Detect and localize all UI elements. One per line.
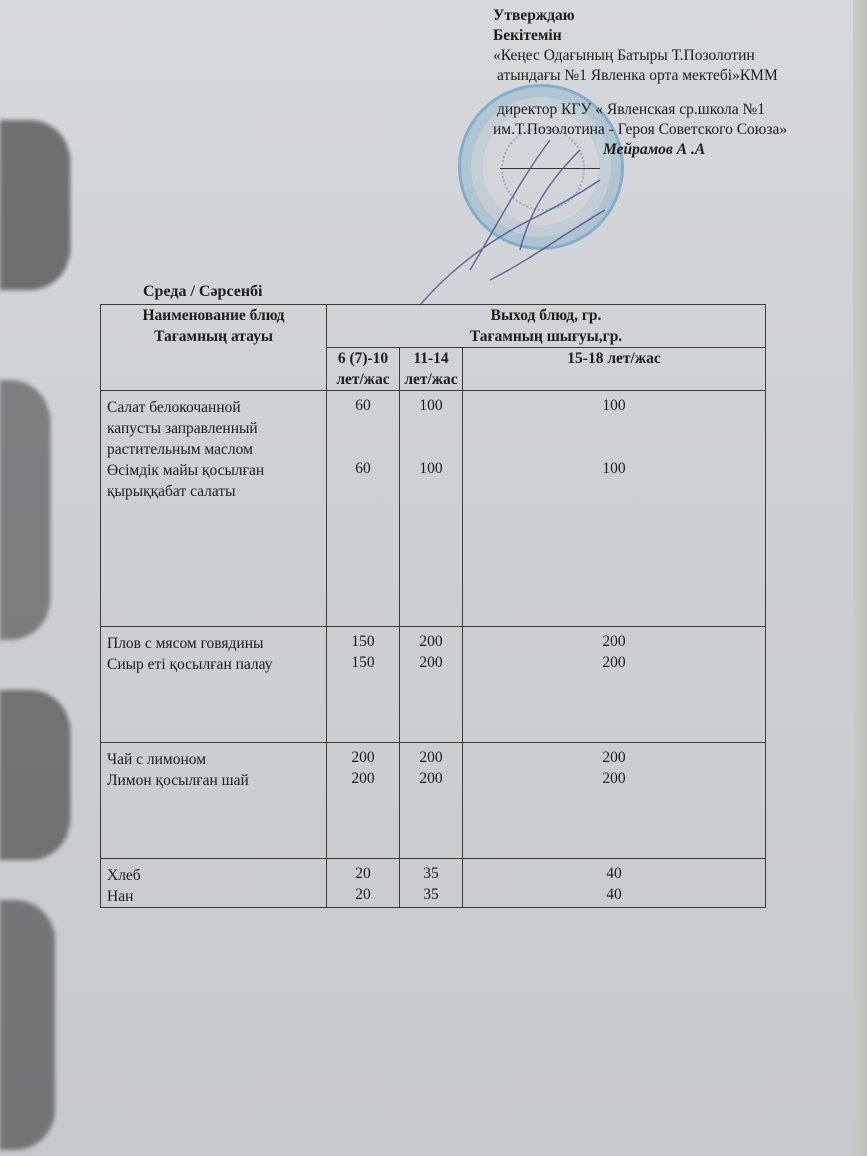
portion-cell-age3: 4040 bbox=[463, 859, 766, 908]
school-name-kz-1: «Кеңес Одағының Батыры Т.Позолотин bbox=[493, 46, 787, 66]
header-age-11-14: 11-14 лет/жас bbox=[400, 348, 463, 391]
portion-cell-age2: 3535 bbox=[400, 859, 463, 908]
portion-cell-age3: 100100 bbox=[463, 391, 766, 627]
header-age-6-10: 6 (7)-10 лет/жас bbox=[327, 348, 400, 391]
portion-cell-age1: 2020 bbox=[327, 859, 400, 908]
dish-name-ru: капусты заправленный bbox=[107, 418, 320, 439]
dish-name-cell: Салат белокочаннойкапусты заправленныйра… bbox=[101, 391, 327, 627]
portion-cell-age3: 200200 bbox=[463, 743, 766, 859]
portion-value: 200 bbox=[333, 747, 393, 768]
portion-value: 100 bbox=[406, 395, 456, 416]
day-title: Среда / Сәрсенбі bbox=[143, 283, 263, 301]
portion-value: 40 bbox=[469, 863, 759, 884]
portion-cell-age2: 200200 bbox=[400, 627, 463, 743]
portion-value: 200 bbox=[406, 747, 456, 768]
paper-edge bbox=[853, 0, 867, 1156]
portion-value: 200 bbox=[406, 768, 456, 789]
approval-title-kz: Бекітемін bbox=[493, 26, 787, 46]
portion-value: 200 bbox=[333, 768, 393, 789]
portion-value: 200 bbox=[406, 631, 456, 652]
dish-name-kz: Нан bbox=[107, 886, 320, 907]
dish-name-kz: қырыққабат салаты bbox=[107, 481, 320, 502]
portion-cell-age1: 6060 bbox=[327, 391, 400, 627]
menu-table: Наименование блюд Тағамның атауы Выход б… bbox=[100, 304, 766, 908]
portion-cell-age3: 200200 bbox=[463, 627, 766, 743]
dish-name-ru: Чай с лимоном bbox=[107, 749, 320, 770]
portion-value: 20 bbox=[333, 884, 393, 905]
scan-artifact bbox=[0, 120, 70, 290]
portion-cell-age1: 150150 bbox=[327, 627, 400, 743]
table-row: Плов с мясом говядиныСиыр еті қосылған п… bbox=[101, 627, 766, 743]
school-name-kz-2: атындағы №1 Явленка орта мектебі»КММ bbox=[493, 66, 787, 86]
dish-name-kz: Сиыр еті қосылған палау bbox=[107, 654, 320, 675]
dish-name-ru: растительным маслом bbox=[107, 439, 320, 460]
header-output: Выход блюд, гр. Тағамның шығуы,гр. bbox=[327, 305, 766, 348]
portion-value: 100 bbox=[469, 458, 759, 479]
dish-name-kz: Өсімдік майы қосылған bbox=[107, 460, 320, 481]
portion-value: 150 bbox=[333, 631, 393, 652]
director-title-ru-1: директор КГУ « Явленская ср.школа №1 bbox=[493, 100, 787, 120]
table-header-row: Наименование блюд Тағамның атауы Выход б… bbox=[101, 305, 766, 348]
table-row: Салат белокочаннойкапусты заправленныйра… bbox=[101, 391, 766, 627]
signature bbox=[410, 120, 610, 310]
scan-artifact bbox=[0, 690, 70, 860]
scan-artifact bbox=[0, 900, 55, 1150]
portion-value: 60 bbox=[333, 395, 393, 416]
portion-value: 200 bbox=[469, 652, 759, 673]
approval-title-ru: Утверждаю bbox=[493, 6, 787, 26]
dish-name-ru: Плов с мясом говядины bbox=[107, 633, 320, 654]
portion-value: 100 bbox=[406, 458, 456, 479]
dish-name-cell: Плов с мясом говядиныСиыр еті қосылған п… bbox=[101, 627, 327, 743]
dish-name-cell: Чай с лимономЛимон қосылған шай bbox=[101, 743, 327, 859]
portion-cell-age2: 200200 bbox=[400, 743, 463, 859]
portion-value: 35 bbox=[406, 863, 456, 884]
portion-value: 200 bbox=[469, 747, 759, 768]
header-dish-name: Наименование блюд Тағамның атауы bbox=[101, 305, 327, 391]
dish-name-cell: ХлебНан bbox=[101, 859, 327, 908]
portion-value: 150 bbox=[333, 652, 393, 673]
portion-value: 200 bbox=[406, 652, 456, 673]
header-age-15-18: 15-18 лет/жас bbox=[463, 348, 766, 391]
dish-name-kz: Лимон қосылған шай bbox=[107, 770, 320, 791]
table-row: ХлебНан202035354040 bbox=[101, 859, 766, 908]
portion-value: 200 bbox=[469, 631, 759, 652]
portion-value: 60 bbox=[333, 458, 393, 479]
portion-value: 35 bbox=[406, 884, 456, 905]
portion-value: 40 bbox=[469, 884, 759, 905]
portion-cell-age2: 100100 bbox=[400, 391, 463, 627]
portion-value: 100 bbox=[469, 395, 759, 416]
portion-cell-age1: 200200 bbox=[327, 743, 400, 859]
portion-value: 20 bbox=[333, 863, 393, 884]
portion-value: 200 bbox=[469, 768, 759, 789]
dish-name-ru: Салат белокочанной bbox=[107, 397, 320, 418]
scan-artifact bbox=[0, 380, 50, 640]
table-row: Чай с лимономЛимон қосылған шай200200200… bbox=[101, 743, 766, 859]
dish-name-ru: Хлеб bbox=[107, 865, 320, 886]
